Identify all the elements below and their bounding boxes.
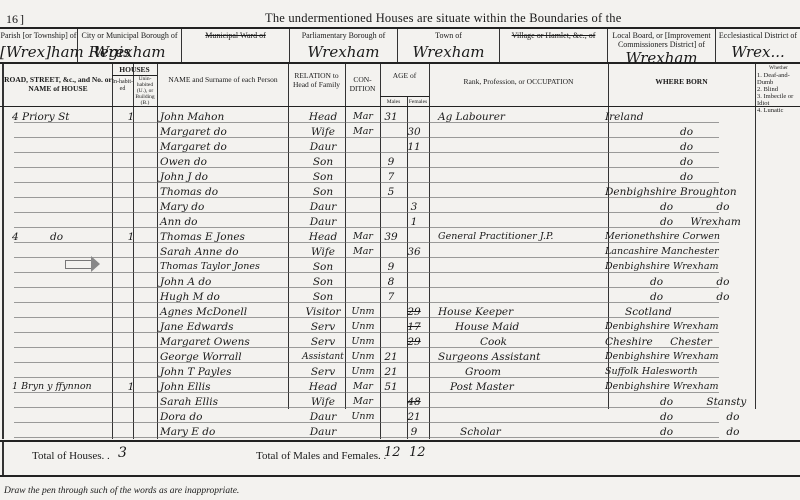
col-header-houses: HOUSES bbox=[112, 64, 157, 74]
boundary-village: Village or Hamlet, &c., of bbox=[500, 29, 608, 62]
condition-cell: Mar bbox=[348, 230, 378, 244]
boundary-value: Wrexham bbox=[290, 43, 397, 61]
occupation-cell: Cook bbox=[480, 335, 507, 349]
condition-cell: Mar bbox=[348, 245, 378, 259]
age-male-cell: 5 bbox=[380, 185, 402, 199]
name-cell: John J do bbox=[160, 170, 208, 184]
total-persons-label: Total of Males and Females. . bbox=[256, 450, 386, 462]
boundary-municipal-borough: City or Municipal Borough of Wrexham bbox=[78, 29, 182, 62]
name-cell: George Worrall bbox=[160, 350, 242, 364]
relation-cell: Son bbox=[298, 155, 348, 169]
where-born-cell: Scotland bbox=[625, 305, 672, 319]
total-houses-label: Total of Houses. . bbox=[32, 450, 110, 462]
infirmity-option: 3. Imbecile or Idiot bbox=[757, 93, 800, 107]
boundary-label: Ecclesiastical District of bbox=[716, 31, 800, 40]
column-rule bbox=[2, 64, 4, 439]
where-born-cell: do do bbox=[660, 200, 729, 214]
totals-top-rule bbox=[0, 440, 800, 442]
page-number: 16 bbox=[6, 12, 24, 27]
relation-cell: Visitor bbox=[298, 305, 348, 319]
name-cell: Thomas Taylor Jones bbox=[160, 260, 260, 274]
age-female-cell: 21 bbox=[402, 410, 426, 424]
name-cell: Agnes McDonell bbox=[160, 305, 247, 319]
col-header-road: ROAD, STREET, &c., and No. or NAME of HO… bbox=[4, 64, 112, 106]
age-male-cell: 9 bbox=[380, 260, 402, 274]
relation-cell: Wife bbox=[298, 395, 348, 409]
where-born-cell: Lancashire Manchester bbox=[605, 245, 719, 259]
name-cell: Sarah Anne do bbox=[160, 245, 239, 259]
column-rule bbox=[288, 64, 289, 409]
condition-cell: Unm bbox=[348, 410, 378, 424]
age-male-cell: 7 bbox=[380, 290, 402, 304]
age-male-cell: 7 bbox=[380, 170, 402, 184]
name-cell: John A do bbox=[160, 275, 211, 289]
boundary-label: Parish [or Township] of bbox=[0, 31, 77, 40]
name-cell: Jane Edwards bbox=[160, 320, 234, 334]
name-cell: Hugh M do bbox=[160, 290, 220, 304]
age-female-cell: 30 bbox=[402, 125, 426, 139]
age-male-cell: 21 bbox=[380, 365, 402, 379]
inhabited-cell: 1 bbox=[122, 110, 140, 124]
boundary-value: [Wrex]ham Regis bbox=[0, 43, 77, 61]
condition-cell: Mar bbox=[348, 125, 378, 139]
where-born-cell: Ireland bbox=[605, 110, 643, 124]
condition-cell: Unm bbox=[348, 320, 378, 334]
column-rule bbox=[157, 64, 158, 439]
relation-cell: Head bbox=[298, 380, 348, 394]
relation-cell: Serv bbox=[298, 365, 348, 379]
total-houses-value: 3 bbox=[118, 446, 127, 460]
where-born-cell: do bbox=[680, 140, 693, 154]
age-female-cell: 11 bbox=[402, 140, 426, 154]
condition-cell: Unm bbox=[348, 350, 378, 364]
relation-cell: Son bbox=[298, 185, 348, 199]
boundary-ecclesiastical: Ecclesiastical District of Wrex... bbox=[716, 29, 800, 62]
relation-cell: Son bbox=[298, 170, 348, 184]
column-rule bbox=[755, 64, 756, 409]
boundary-town: Town of Wrexham bbox=[398, 29, 500, 62]
condition-cell: Mar bbox=[348, 395, 378, 409]
where-born-cell: do bbox=[680, 170, 693, 184]
col-header-males: Males bbox=[380, 98, 407, 106]
infirmity-option: 2. Blind bbox=[757, 86, 800, 93]
name-cell: John Mahon bbox=[160, 110, 224, 124]
col-header-occupation: Rank, Profession, or OCCUPATION bbox=[429, 64, 608, 106]
name-cell: Sarah Ellis bbox=[160, 395, 218, 409]
occupation-cell: Groom bbox=[465, 365, 501, 379]
road-cell: 4 Priory St bbox=[12, 110, 69, 124]
relation-cell: Assistant bbox=[298, 350, 348, 364]
row-rule bbox=[14, 227, 719, 228]
occupation-cell: Post Master bbox=[450, 380, 514, 394]
where-born-cell: Denbighshire Wrexham bbox=[605, 260, 719, 274]
col-header-females: Females bbox=[407, 98, 429, 106]
age-female-cell: 3 bbox=[402, 200, 426, 214]
total-males-value: 12 bbox=[384, 446, 401, 460]
arrow-icon bbox=[65, 260, 91, 269]
row-rule bbox=[14, 182, 719, 183]
relation-cell: Head bbox=[298, 110, 348, 124]
where-born-cell: do do bbox=[660, 410, 739, 424]
age-female-cell: 36 bbox=[402, 245, 426, 259]
where-born-cell: do bbox=[680, 155, 693, 169]
where-born-cell: Denbighshire Wrexham bbox=[605, 350, 719, 364]
row-rule bbox=[14, 287, 719, 288]
row-rule bbox=[14, 437, 719, 438]
inhabited-cell: 1 bbox=[122, 380, 140, 394]
age-male-cell: 39 bbox=[380, 230, 402, 244]
where-born-cell: do bbox=[680, 125, 693, 139]
occupation-cell: House Maid bbox=[455, 320, 519, 334]
boundary-label: Town of bbox=[398, 31, 499, 40]
age-female-cell: 1 bbox=[402, 215, 426, 229]
col-header-condition: CON-DITION bbox=[345, 64, 380, 106]
where-born-cell: do do bbox=[650, 290, 729, 304]
relation-cell: Wife bbox=[298, 245, 348, 259]
totals-bottom-rule bbox=[0, 475, 800, 477]
relation-cell: Daur bbox=[298, 200, 348, 214]
boundary-value: Wrex... bbox=[716, 43, 800, 61]
where-born-cell: do do bbox=[660, 425, 739, 439]
page-caption: The undermentioned Houses are situate wi… bbox=[265, 11, 622, 26]
inhabited-cell: 1 bbox=[122, 230, 140, 244]
age-female-cell: 9 bbox=[402, 425, 426, 439]
infirmity-option: 1. Deaf-and-Dumb bbox=[757, 72, 800, 86]
relation-cell: Son bbox=[298, 275, 348, 289]
condition-cell: Mar bbox=[348, 110, 378, 124]
column-rule bbox=[429, 64, 430, 439]
where-born-cell: do do bbox=[650, 275, 729, 289]
relation-cell: Head bbox=[298, 230, 348, 244]
where-born-cell: Cheshire Chester bbox=[605, 335, 712, 349]
col-header-relation: RELATION to Head of Family bbox=[288, 64, 345, 106]
relation-cell: Serv bbox=[298, 335, 348, 349]
age-female-cell: 48 bbox=[402, 395, 426, 409]
relation-cell: Son bbox=[298, 290, 348, 304]
condition-cell: Unm bbox=[348, 335, 378, 349]
age-male-cell: 21 bbox=[380, 350, 402, 364]
boundary-value: Wrexham bbox=[398, 43, 499, 61]
boundary-parish: Parish [or Township] of [Wrex]ham Regis bbox=[0, 29, 78, 62]
where-born-cell: Suffolk Halesworth bbox=[605, 365, 698, 379]
age-male-cell: 8 bbox=[380, 275, 402, 289]
where-born-cell: Denbighshire Broughton bbox=[605, 185, 737, 199]
name-cell: Thomas do bbox=[160, 185, 218, 199]
name-cell: Margaret do bbox=[160, 140, 227, 154]
footnote: Draw the pen through such of the words a… bbox=[4, 486, 239, 496]
census-page: 16 The undermentioned Houses are situate… bbox=[0, 0, 800, 500]
where-born-cell: Denbighshire Wrexham bbox=[605, 320, 719, 334]
row-rule bbox=[14, 152, 719, 153]
relation-cell: Daur bbox=[298, 140, 348, 154]
name-cell: Owen do bbox=[160, 155, 207, 169]
infirmity-title: Whether bbox=[757, 65, 800, 72]
relation-cell: Daur bbox=[298, 215, 348, 229]
age-subrule bbox=[380, 96, 429, 97]
boundary-label: Municipal Ward of bbox=[182, 31, 289, 40]
condition-cell: Unm bbox=[348, 365, 378, 379]
age-male-cell: 51 bbox=[380, 380, 402, 394]
relation-cell: Daur bbox=[298, 410, 348, 424]
relation-cell: Wife bbox=[298, 125, 348, 139]
boundary-local-board: Local Board, or [Improvement Commissione… bbox=[608, 29, 716, 62]
age-female-cell: 17 bbox=[402, 320, 426, 334]
infirmity-option: 4. Lunatic bbox=[757, 107, 800, 114]
age-male-cell: 9 bbox=[380, 155, 402, 169]
col-header-infirmity: Whether 1. Deaf-and-Dumb 2. Blind 3. Imb… bbox=[757, 64, 800, 106]
name-cell: Dora do bbox=[160, 410, 202, 424]
boundary-parliamentary-borough: Parliamentary Borough of Wrexham bbox=[290, 29, 398, 62]
occupation-cell: Surgeons Assistant bbox=[438, 350, 540, 364]
occupation-cell: General Practitioner J.P. bbox=[438, 230, 553, 244]
col-header-age: AGE of bbox=[380, 64, 429, 94]
boundary-label: City or Municipal Borough of bbox=[78, 31, 181, 40]
boundary-label: Parliamentary Borough of bbox=[290, 31, 397, 40]
occupation-cell: House Keeper bbox=[438, 305, 513, 319]
condition-cell: Mar bbox=[348, 380, 378, 394]
name-cell: Margaret do bbox=[160, 125, 227, 139]
boundary-label: Village or Hamlet, &c., of bbox=[500, 31, 607, 40]
row-rule bbox=[14, 167, 719, 168]
condition-cell: Unm bbox=[348, 305, 378, 319]
road-cell: 4 do bbox=[12, 230, 63, 244]
row-rule bbox=[14, 212, 719, 213]
name-cell: John T Payles bbox=[160, 365, 231, 379]
where-born-cell: Merionethshire Corwen bbox=[605, 230, 720, 244]
name-cell: John Ellis bbox=[160, 380, 211, 394]
col-header-name: NAME and Surname of each Person bbox=[160, 64, 286, 106]
relation-cell: Serv bbox=[298, 320, 348, 334]
name-cell: Mary do bbox=[160, 200, 204, 214]
total-females-value: 12 bbox=[409, 446, 426, 460]
boundary-municipal-ward: Municipal Ward of bbox=[182, 29, 290, 62]
age-female-cell: 29 bbox=[402, 335, 426, 349]
boundary-label: Local Board, or [Improvement Commissione… bbox=[608, 31, 715, 49]
col-header-where-born: WHERE BORN bbox=[608, 64, 755, 106]
row-rule bbox=[14, 302, 719, 303]
name-cell: Mary E do bbox=[160, 425, 215, 439]
boundary-value: Wrexham bbox=[78, 43, 181, 61]
where-born-cell: do Wrexham bbox=[660, 215, 741, 229]
road-cell: 1 Bryn y ffynnon bbox=[12, 380, 92, 394]
age-female-cell: 29 bbox=[402, 305, 426, 319]
column-rule bbox=[2, 442, 4, 475]
age-male-cell: 31 bbox=[380, 110, 402, 124]
where-born-cell: Denbighshire Wrexham bbox=[605, 380, 719, 394]
name-cell: Ann do bbox=[160, 215, 198, 229]
name-cell: Margaret Owens bbox=[160, 335, 250, 349]
occupation-cell: Scholar bbox=[460, 425, 501, 439]
where-born-cell: do Stansty bbox=[660, 395, 746, 409]
occupation-cell: Ag Labourer bbox=[438, 110, 505, 124]
relation-cell: Son bbox=[298, 260, 348, 274]
relation-cell: Daur bbox=[298, 425, 348, 439]
name-cell: Thomas E Jones bbox=[160, 230, 245, 244]
